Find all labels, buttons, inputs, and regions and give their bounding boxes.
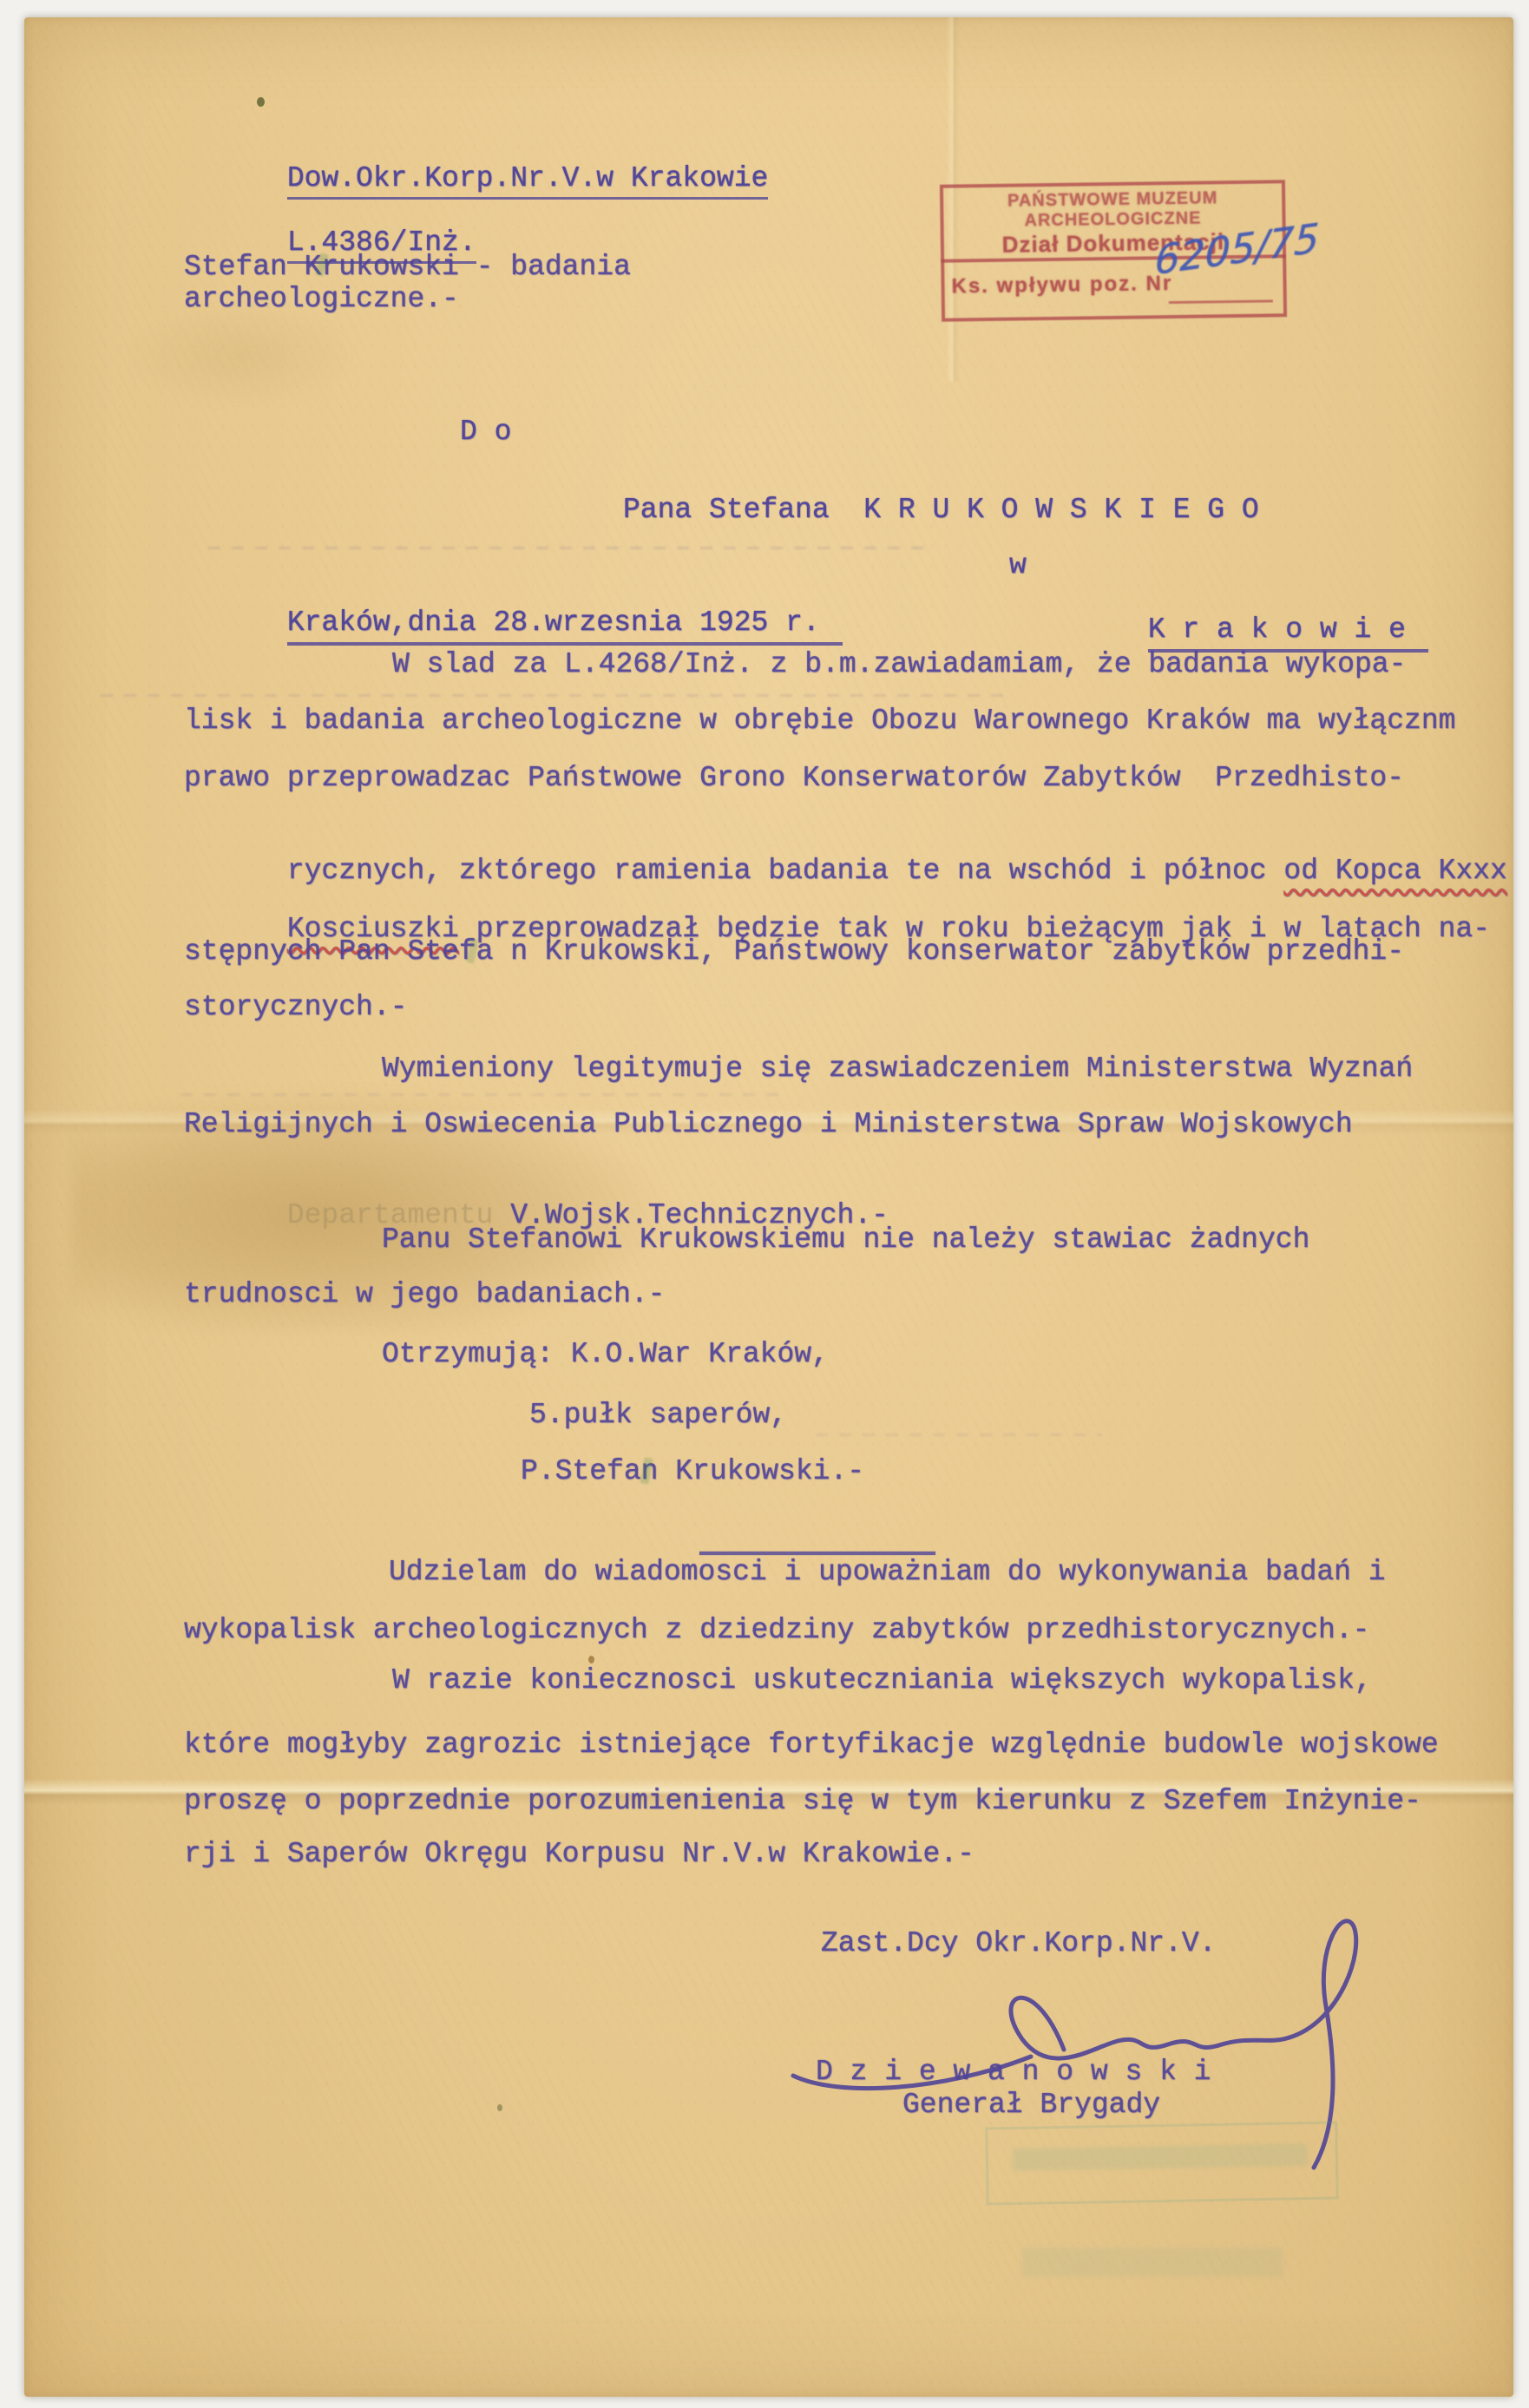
body-line-8: Wymieniony legitymuje się zaswiadczeniem…	[382, 1052, 1413, 1086]
body-line-9: Religijnych i Oswiecenia Publicznego i M…	[184, 1107, 1353, 1142]
stamp-entry-label: Ks. wpływu poz. Nr	[951, 272, 1172, 299]
signer-rank: Generał Brygady	[902, 2088, 1160, 2123]
erased-line-1	[208, 547, 929, 549]
body-line-7: storycznych.-	[184, 990, 407, 1025]
salutation: D o	[460, 415, 511, 449]
ghost-stamp-lower	[1022, 2247, 1283, 2277]
document-scan: Dow.Okr.Korp.Nr.V.w Krakowie L.4386/Inż.…	[0, 0, 1529, 2408]
body-line-16: które mogłyby zagrozic istniejące fortyf…	[184, 1728, 1439, 1762]
reference-line-3: Stefan Krukowski - badania	[184, 250, 631, 285]
recipients-line-1: Otrzymują: K.O.War Kraków,	[382, 1337, 829, 1372]
body-line-1: W slad za L.4268/Inż. z b.m.zawiadamiam,…	[392, 647, 1406, 682]
body-line-2: lisk i badania archeologiczne w obrębie …	[184, 704, 1455, 738]
erased-line-2	[101, 694, 1003, 697]
body-line-15: W razie koniecznosci uskuteczniania więk…	[392, 1663, 1372, 1698]
body-line-3: prawo przeprowadzac Państwowe Grono Kons…	[184, 761, 1404, 796]
speck-2	[588, 1656, 594, 1663]
document-page: Dow.Okr.Korp.Nr.V.w Krakowie L.4386/Inż.…	[24, 17, 1513, 2397]
addressee-name: Pana Stefana K R U K O W S K I E G O	[623, 493, 1259, 528]
body-line-11: Panu Stefanowi Krukowskiemu nie należy s…	[382, 1223, 1309, 1257]
signer-name: D z i e w a n o w s k i	[816, 2055, 1211, 2090]
stain-top-left	[128, 304, 354, 408]
speck-3	[497, 2104, 502, 2111]
body-line-12: trudnosci w jego badaniach.-	[184, 1277, 666, 1312]
erased-line-3	[180, 1093, 788, 1096]
erased-line-4	[816, 1434, 1102, 1436]
body-line-13: Udzielam do wiadomosci i upoważniam do w…	[389, 1555, 1386, 1590]
reference-line-4: archeologiczne.-	[184, 282, 459, 317]
ghost-stamp-text	[1013, 2143, 1308, 2171]
body-line-6: stępnych Pan Stefa n Krukowski, Państwow…	[184, 935, 1404, 969]
registry-stamp: PAŃSTWOWE MUZEUM ARCHEOLOGICZNE Dział Do…	[940, 180, 1287, 322]
body-line-18: rji i Saperów Okręgu Korpusu Nr.V.w Krak…	[184, 1837, 974, 1872]
recipients-line-3: P.Stefan Krukowski.-	[521, 1454, 864, 1489]
ghost-stamp	[985, 2121, 1339, 2205]
speck-1	[257, 97, 265, 107]
body-line-14: wykopalisk archeologicznych z dziedziny …	[184, 1613, 1369, 1648]
date-line-text: Kraków,dnia 28.wrzesnia 1925 r.	[287, 607, 843, 646]
addressee-w: w	[1009, 548, 1027, 583]
body-line-17: proszę o poprzednie porozumienienia się …	[184, 1784, 1421, 1819]
recipients-line-2: 5.pułk saperów,	[529, 1398, 787, 1433]
